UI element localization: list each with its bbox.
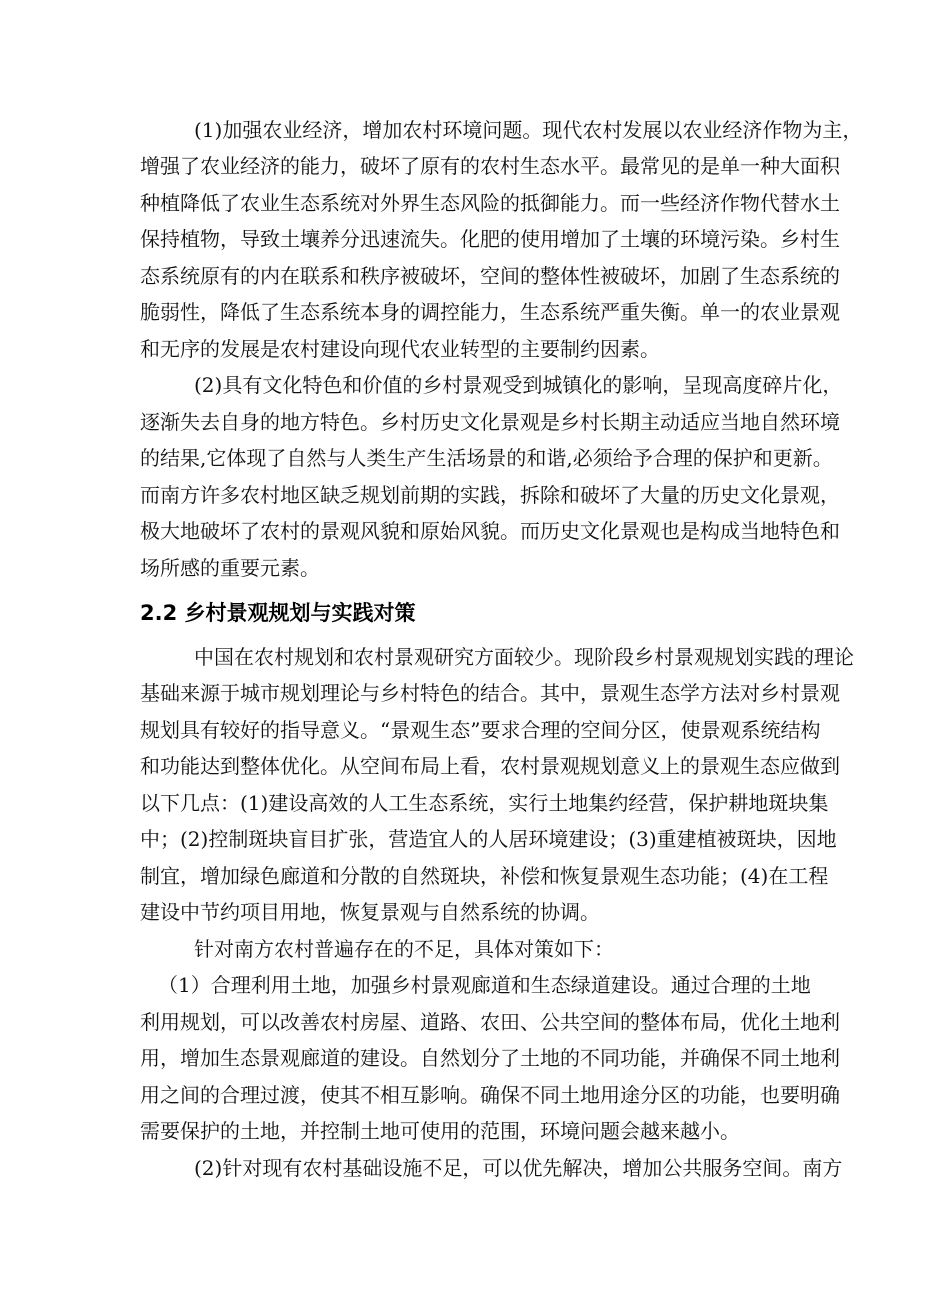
text-line: 保持植物，导致土壤养分迅速流失。化肥的使用增加了土壤的环境污染。乡村生	[140, 221, 790, 257]
text-line: 规划具有较好的指导意义。“景观生态”要求合理的空间分区，使景观系统结构	[140, 712, 790, 748]
text-line: 以下几点：(1)建设高效的人工生态系统，实行土地集约经营，保护耕地斑块集	[140, 785, 790, 821]
section-heading: 2.2 乡村景观规划与实践对策	[140, 596, 416, 630]
text-line: 场所感的重要元素。	[140, 550, 790, 586]
text-line: 制宜，增加绿色廊道和分散的自然斑块，补偿和恢复景观生态功能；(4)在工程	[140, 858, 790, 894]
text-line: 态系统原有的内在联系和秩序被破坏，空间的整体性被破坏，加剧了生态系统的	[140, 258, 790, 294]
text-line: （1）合理利用土地，加强乡村景观廊道和生态绿道建设。通过合理的土地	[158, 967, 790, 1003]
text-line: 利用规划，可以改善农村房屋、道路、农田、公共空间的整体布局，优化土地利	[140, 1004, 790, 1040]
text-line: 种植降低了农业生态系统对外界生态风险的抵御能力。而一些经济作物代替水土	[140, 185, 790, 221]
text-line: 脆弱性，降低了生态系统本身的调控能力，生态系统严重失衡。单一的农业景观	[140, 294, 790, 330]
document-page: (1)加强农业经济，增加农村环境问题。现代农村发展以农业经济作物为主， 增强了农…	[0, 0, 926, 1309]
text-line: 的结果,它体现了自然与人类生产生活场景的和谐,必须给予合理的保护和更新。	[140, 440, 790, 476]
text-line: 用之间的合理过渡，使其不相互影响。确保不同土地用途分区的功能，也要明确	[140, 1077, 790, 1113]
text-line: 需要保护的土地，并控制土地可使用的范围，环境问题会越来越小。	[140, 1113, 790, 1149]
text-line: 基础来源于城市规划理论与乡村特色的结合。其中，景观生态学方法对乡村景观	[140, 675, 790, 711]
text-line: 和无序的发展是农村建设向现代农业转型的主要制约因素。	[140, 331, 790, 367]
text-line: 用，增加生态景观廊道的建设。自然划分了土地的不同功能，并确保不同土地利	[140, 1040, 790, 1076]
text-line: 中；(2)控制斑块盲目扩张，营造宜人的人居环境建设；(3)重建植被斑块，因地	[140, 821, 790, 857]
text-line: 针对南方农村普遍存在的不足，具体对策如下：	[194, 931, 790, 967]
text-line: 增强了农业经济的能力，破坏了原有的农村生态水平。最常见的是单一种大面积	[140, 148, 790, 184]
text-line: (2)针对现有农村基础设施不足，可以优先解决，增加公共服务空间。南方	[194, 1150, 790, 1186]
text-line: 而南方许多农村地区缺乏规划前期的实践，拆除和破坏了大量的历史文化景观，	[140, 477, 790, 513]
text-line: 逐渐失去自身的地方特色。乡村历史文化景观是乡村长期主动适应当地自然环境	[140, 404, 790, 440]
text-line: (2)具有文化特色和价值的乡村景观受到城镇化的影响，呈现高度碎片化，	[194, 367, 790, 403]
text-line: (1)加强农业经济，增加农村环境问题。现代农村发展以农业经济作物为主，	[194, 112, 790, 148]
text-line: 建设中节约项目用地，恢复景观与自然系统的协调。	[140, 894, 790, 930]
text-line: 极大地破坏了农村的景观风貌和原始风貌。而历史文化景观也是构成当地特色和	[140, 513, 790, 549]
text-line: 和功能达到整体优化。从空间布局上看，农村景观规划意义上的景观生态应做到	[140, 748, 790, 784]
text-line: 中国在农村规划和农村景观研究方面较少。现阶段乡村景观规划实践的理论	[194, 639, 790, 675]
